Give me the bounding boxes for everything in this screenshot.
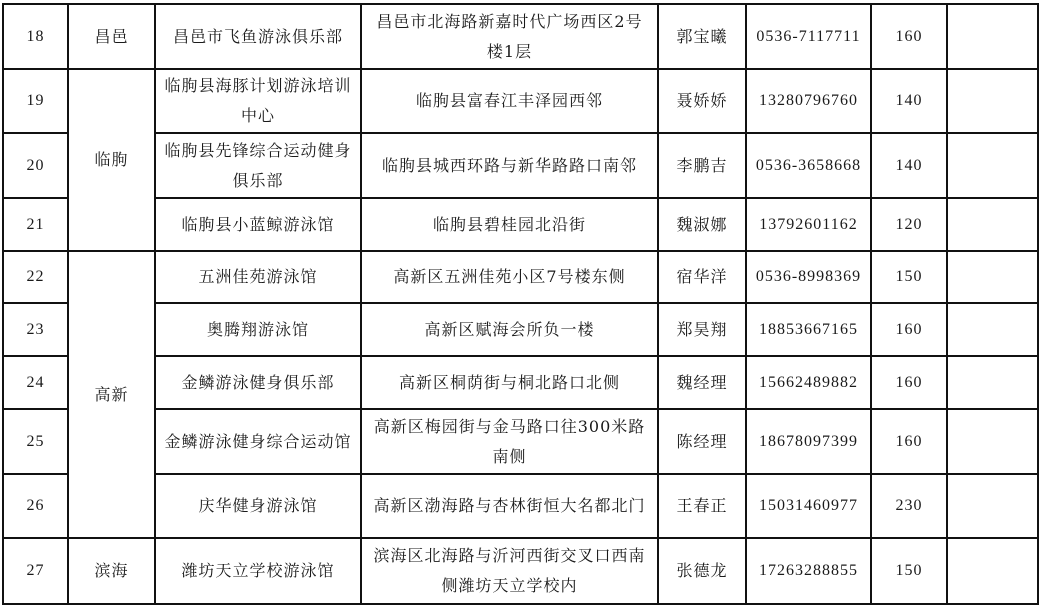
row-number: 25 [3, 409, 68, 474]
table-row: 18 昌邑 昌邑市飞鱼游泳俱乐部 昌邑市北海路新嘉时代广场西区2号楼1层 郭宝曦… [3, 4, 1038, 69]
contact-phone: 13280796760 [746, 69, 871, 133]
price: 120 [871, 198, 947, 251]
venue-address: 高新区桐荫街与桐北路口北侧 [361, 356, 658, 409]
contact-phone: 0536-7117711 [746, 4, 871, 69]
contact-person: 郭宝曦 [658, 4, 746, 69]
contact-person: 魏淑娜 [658, 198, 746, 251]
note-cell [947, 409, 1038, 474]
contact-person: 张德龙 [658, 538, 746, 604]
contact-person: 陈经理 [658, 409, 746, 474]
document-page: 18 昌邑 昌邑市飞鱼游泳俱乐部 昌邑市北海路新嘉时代广场西区2号楼1层 郭宝曦… [2, 3, 1039, 605]
price: 150 [871, 251, 947, 303]
note-cell [947, 133, 1038, 198]
price: 140 [871, 133, 947, 198]
note-cell [947, 198, 1038, 251]
venue-address: 昌邑市北海路新嘉时代广场西区2号楼1层 [361, 4, 658, 69]
venue-address: 临朐县碧桂园北沿街 [361, 198, 658, 251]
venue-address: 高新区赋海会所负一楼 [361, 303, 658, 356]
price: 230 [871, 474, 947, 538]
table-row: 26 庆华健身游泳馆 高新区渤海路与杏林街恒大名都北门 王春正 15031460… [3, 474, 1038, 538]
row-number: 24 [3, 356, 68, 409]
region-cell: 昌邑 [68, 4, 155, 69]
row-number: 22 [3, 251, 68, 303]
venue-name: 金鳞游泳健身俱乐部 [155, 356, 361, 409]
venue-address: 滨海区北海路与沂河西街交叉口西南侧潍坊天立学校内 [361, 538, 658, 604]
contact-phone: 18853667165 [746, 303, 871, 356]
row-number: 18 [3, 4, 68, 69]
table-row: 27 滨海 潍坊天立学校游泳馆 滨海区北海路与沂河西街交叉口西南侧潍坊天立学校内… [3, 538, 1038, 604]
venue-address: 高新区五洲佳苑小区7号楼东侧 [361, 251, 658, 303]
note-cell [947, 303, 1038, 356]
region-cell: 滨海 [68, 538, 155, 604]
note-cell [947, 538, 1038, 604]
row-number: 23 [3, 303, 68, 356]
row-number: 21 [3, 198, 68, 251]
table-row: 25 金鳞游泳健身综合运动馆 高新区梅园街与金马路口往300米路南侧 陈经理 1… [3, 409, 1038, 474]
contact-phone: 18678097399 [746, 409, 871, 474]
table-row: 24 金鳞游泳健身俱乐部 高新区桐荫街与桐北路口北侧 魏经理 156624898… [3, 356, 1038, 409]
price: 150 [871, 538, 947, 604]
contact-phone: 15662489882 [746, 356, 871, 409]
venue-name: 临朐县小蓝鲸游泳馆 [155, 198, 361, 251]
venue-address: 高新区梅园街与金马路口往300米路南侧 [361, 409, 658, 474]
venue-address: 临朐县富春江丰泽园西邻 [361, 69, 658, 133]
venue-name: 临朐县先锋综合运动健身俱乐部 [155, 133, 361, 198]
venue-address: 高新区渤海路与杏林街恒大名都北门 [361, 474, 658, 538]
table-row: 22 高新 五洲佳苑游泳馆 高新区五洲佳苑小区7号楼东侧 宿华洋 0536-89… [3, 251, 1038, 303]
venue-name: 金鳞游泳健身综合运动馆 [155, 409, 361, 474]
contact-person: 魏经理 [658, 356, 746, 409]
table-row: 19 临朐 临朐县海豚计划游泳培训中心 临朐县富春江丰泽园西邻 聂娇娇 1328… [3, 69, 1038, 133]
venue-name: 奥腾翔游泳馆 [155, 303, 361, 356]
contact-person: 郑昊翔 [658, 303, 746, 356]
swimming-venue-table: 18 昌邑 昌邑市飞鱼游泳俱乐部 昌邑市北海路新嘉时代广场西区2号楼1层 郭宝曦… [2, 3, 1039, 605]
contact-person: 王春正 [658, 474, 746, 538]
contact-person: 李鹏吉 [658, 133, 746, 198]
contact-phone: 0536-3658668 [746, 133, 871, 198]
venue-name: 潍坊天立学校游泳馆 [155, 538, 361, 604]
price: 140 [871, 69, 947, 133]
row-number: 26 [3, 474, 68, 538]
row-number: 20 [3, 133, 68, 198]
region-cell: 临朐 [68, 69, 155, 251]
venue-name: 五洲佳苑游泳馆 [155, 251, 361, 303]
contact-phone: 0536-8998369 [746, 251, 871, 303]
row-number: 27 [3, 538, 68, 604]
table-row: 21 临朐县小蓝鲸游泳馆 临朐县碧桂园北沿街 魏淑娜 13792601162 1… [3, 198, 1038, 251]
table-row: 20 临朐县先锋综合运动健身俱乐部 临朐县城西环路与新华路路口南邻 李鹏吉 05… [3, 133, 1038, 198]
venue-name: 临朐县海豚计划游泳培训中心 [155, 69, 361, 133]
note-cell [947, 69, 1038, 133]
note-cell [947, 4, 1038, 69]
price: 160 [871, 409, 947, 474]
contact-person: 宿华洋 [658, 251, 746, 303]
table-row: 23 奥腾翔游泳馆 高新区赋海会所负一楼 郑昊翔 18853667165 160 [3, 303, 1038, 356]
venue-address: 临朐县城西环路与新华路路口南邻 [361, 133, 658, 198]
region-cell: 高新 [68, 251, 155, 538]
note-cell [947, 356, 1038, 409]
note-cell [947, 474, 1038, 538]
price: 160 [871, 4, 947, 69]
venue-name: 庆华健身游泳馆 [155, 474, 361, 538]
contact-phone: 17263288855 [746, 538, 871, 604]
price: 160 [871, 356, 947, 409]
contact-phone: 13792601162 [746, 198, 871, 251]
contact-person: 聂娇娇 [658, 69, 746, 133]
contact-phone: 15031460977 [746, 474, 871, 538]
venue-name: 昌邑市飞鱼游泳俱乐部 [155, 4, 361, 69]
row-number: 19 [3, 69, 68, 133]
price: 160 [871, 303, 947, 356]
note-cell [947, 251, 1038, 303]
